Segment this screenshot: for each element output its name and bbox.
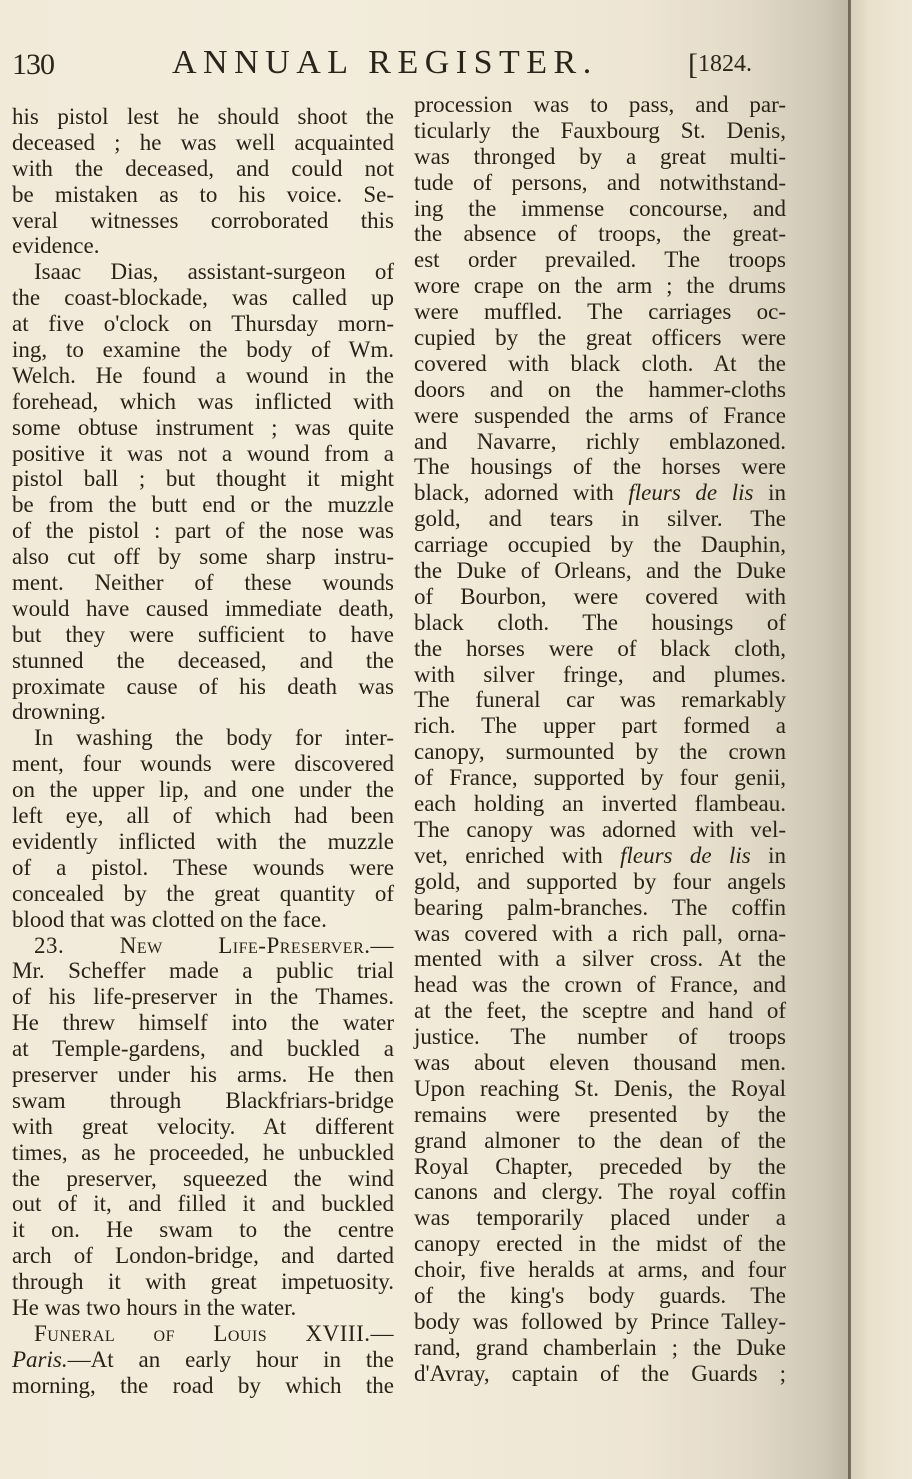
text-line: be mistaken as to his voice. Se- — [12, 182, 394, 208]
dateline-paris: Paris. — [12, 1347, 68, 1372]
text-line: veral witnesses corroborated this — [12, 208, 394, 234]
text-line: canopy erected in the midst of the — [414, 1231, 786, 1257]
text-line: were suspended the arms of France — [414, 403, 786, 429]
paragraph-start: In washing the body for inter- — [12, 725, 394, 751]
text-line: with silver fringe, and plumes. — [414, 662, 786, 688]
text-line: was covered with a rich pall, orna- — [414, 921, 786, 947]
text-line: was temporarily placed under a — [414, 1205, 786, 1231]
text-line: preserver under his arms. He then — [12, 1062, 394, 1088]
text-line: Upon reaching St. Denis, the Royal — [414, 1076, 786, 1102]
text-line: Paris.—At an early hour in the — [12, 1347, 394, 1373]
text-line: remains were presented by the — [414, 1102, 786, 1128]
left-column: his pistol lest he should shoot the dece… — [12, 104, 394, 1399]
text-line: gold, and tears in silver. The — [414, 506, 786, 532]
italic-fleurs-de-lis: fleurs de lis — [628, 480, 753, 505]
text-line: est order prevailed. The troops — [414, 247, 786, 273]
text-line: pistol ball ; but thought it might — [12, 466, 394, 492]
text-line: He threw himself into the water — [12, 1010, 394, 1036]
year-bracket: [ — [688, 48, 698, 81]
text-line: proximate cause of his death was — [12, 674, 394, 700]
text-line: justice. The number of troops — [414, 1024, 786, 1050]
text-line: Royal Chapter, preceded by the — [414, 1154, 786, 1180]
text-line: grand almoner to the dean of the — [414, 1128, 786, 1154]
text-line: arch of London-bridge, and darted — [12, 1243, 394, 1269]
text-line: the coast-blockade, was called up — [12, 285, 394, 311]
text-line: be from the butt end or the muzzle — [12, 492, 394, 518]
text-line: the absence of troops, the great- — [414, 221, 786, 247]
text-line: also cut off by some sharp instru- — [12, 544, 394, 570]
running-header: 130 ANNUAL REGISTER. [1824. — [0, 40, 850, 90]
text-line: some obtuse instrument ; was quite — [12, 415, 394, 441]
text-line: stunned the deceased, and the — [12, 648, 394, 674]
text-line: the horses were of black cloth, — [414, 636, 786, 662]
text-line: Welch. He found a wound in the — [12, 363, 394, 389]
text-line: carriage occupied by the Dauphin, — [414, 532, 786, 558]
running-title: ANNUAL REGISTER. — [172, 44, 598, 82]
text-line: choir, five heralds at arms, and four — [414, 1257, 786, 1283]
text-line: ment, four wounds were discovered — [12, 751, 394, 777]
text-line: and Navarre, richly emblazoned. — [414, 429, 786, 455]
text-fragment: in — [768, 843, 786, 868]
text-line: blood that was clotted on the face. — [12, 907, 394, 933]
text-line: through it with great impetuosity. — [12, 1269, 394, 1295]
text-line: ticularly the Fauxbourg St. Denis, — [414, 118, 786, 144]
text-line: ing the immense concourse, and — [414, 196, 786, 222]
text-line: of a pistol. These wounds were — [12, 855, 394, 881]
text-line: bearing palm-branches. The coffin — [414, 895, 786, 921]
text-line: The housings of the horses were — [414, 454, 786, 480]
text-line: at five o'clock on Thursday morn- — [12, 311, 394, 337]
text-line: were muffled. The carriages oc- — [414, 299, 786, 325]
text-fragment: in — [768, 480, 786, 505]
text-fragment: black, adorned with — [414, 480, 614, 505]
text-line: at the feet, the sceptre and hand of — [414, 998, 786, 1024]
text-line: rand, grand chamberlain ; the Duke — [414, 1335, 786, 1361]
text-line: the Duke of Orleans, and the Duke — [414, 558, 786, 584]
text-line: each holding an inverted flambeau. — [414, 791, 786, 817]
text-line: was about eleven thousand men. — [414, 1050, 786, 1076]
text-line: it on. He swam to the centre — [12, 1217, 394, 1243]
text-line: positive it was not a wound from a — [12, 441, 394, 467]
text-line: black, adorned with fleurs de lis in — [414, 480, 786, 506]
text-line: mented with a silver cross. At the — [414, 946, 786, 972]
text-line: concealed by the great quantity of — [12, 881, 394, 907]
text-line: doors and on the hammer-cloths — [414, 377, 786, 403]
page-number: 130 — [12, 48, 54, 82]
text-line: ing, to examine the body of Wm. — [12, 337, 394, 363]
text-line: canopy, surmounted by the crown — [414, 739, 786, 765]
text-line: covered with black cloth. At the — [414, 351, 786, 377]
text-line: but they were sufficient to have — [12, 622, 394, 648]
text-line: out of it, and filled it and buckled — [12, 1191, 394, 1217]
text-line: d'Avray, captain of the Guards ; — [414, 1361, 786, 1387]
text-fragment: vet, enriched with — [414, 843, 603, 868]
text-line: tude of persons, and notwithstand- — [414, 170, 786, 196]
text-line: body was followed by Prince Talley- — [414, 1309, 786, 1335]
text-line: on the upper lip, and one under the — [12, 777, 394, 803]
text-line: the preserver, squeezed the wind — [12, 1166, 394, 1192]
text-line: The canopy was adorned with vel- — [414, 817, 786, 843]
next-page-edge — [851, 0, 912, 1479]
text-line: left eye, all of which had been — [12, 803, 394, 829]
text-line: Mr. Scheffer made a public trial — [12, 958, 394, 984]
section-heading-funeral: Funeral of Louis XVIII.— — [12, 1321, 394, 1347]
text-line: He was two hours in the water. — [12, 1295, 394, 1321]
text-line: would have caused immediate death, — [12, 596, 394, 622]
text-line: The funeral car was remarkably — [414, 687, 786, 713]
text-line: cupied by the great officers were — [414, 325, 786, 351]
text-line: swam through Blackfriars-bridge — [12, 1088, 394, 1114]
text-line: drowning. — [12, 699, 394, 725]
text-fragment: —At an early hour in the — [68, 1347, 394, 1372]
text-line: was thronged by a great multi- — [414, 144, 786, 170]
text-line: of Bourbon, were covered with — [414, 584, 786, 610]
text-line: at Temple-gardens, and buckled a — [12, 1036, 394, 1062]
text-line: of the pistol : part of the nose was — [12, 518, 394, 544]
text-line: of the king's body guards. The — [414, 1283, 786, 1309]
italic-fleurs-de-lis: fleurs de lis — [620, 843, 751, 868]
text-line: of France, supported by four genii, — [414, 765, 786, 791]
text-line: times, as he proceeded, he unbuckled — [12, 1140, 394, 1166]
year: 1824. — [698, 51, 752, 77]
text-line: head was the crown of France, and — [414, 972, 786, 998]
text-line: morning, the road by which the — [12, 1373, 394, 1399]
text-line: evidence. — [12, 233, 394, 259]
right-column: procession was to pass, and par- ticular… — [414, 92, 786, 1387]
paragraph-start: Isaac Dias, assistant-surgeon of — [12, 259, 394, 285]
text-line: rich. The upper part formed a — [414, 713, 786, 739]
text-line: black cloth. The housings of — [414, 610, 786, 636]
text-line: vet, enriched with fleurs de lis in — [414, 843, 786, 869]
text-line: his pistol lest he should shoot the — [12, 104, 394, 130]
text-line: wore crape on the arm ; the drums — [414, 273, 786, 299]
text-line: with the deceased, and could not — [12, 156, 394, 182]
year-marker: [1824. — [688, 48, 752, 82]
text-line: with great velocity. At different — [12, 1114, 394, 1140]
text-line: procession was to pass, and par- — [414, 92, 786, 118]
text-line: gold, and supported by four angels — [414, 869, 786, 895]
text-line: forehead, which was inflicted with — [12, 389, 394, 415]
text-line: deceased ; he was well acquainted — [12, 130, 394, 156]
text-line: canons and clergy. The royal coffin — [414, 1179, 786, 1205]
text-line: ment. Neither of these wounds — [12, 570, 394, 596]
text-line: evidently inflicted with the muzzle — [12, 829, 394, 855]
section-heading-life-preserver: 23. New Life-Preserver.— — [12, 933, 394, 959]
text-line: of his life-preserver in the Thames. — [12, 984, 394, 1010]
